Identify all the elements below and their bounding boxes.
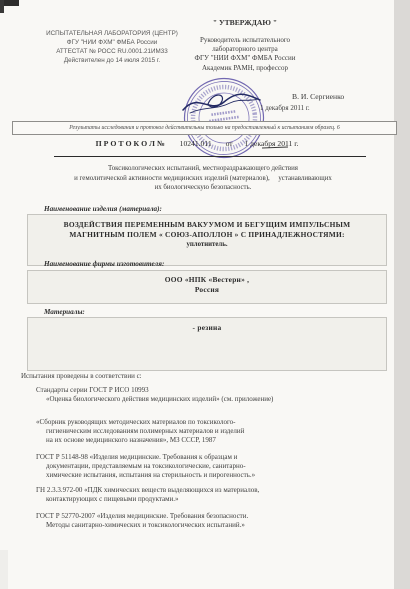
approver-role: Руководитель испытательного xyxy=(160,36,330,45)
product-line: МАГНИТНЫМ ПОЛЕМ « СОЮЗ-АПОЛЛОН » С ПРИНА… xyxy=(28,230,386,240)
approval-heading: " УТВЕРЖДАЮ " xyxy=(160,18,330,27)
product-line: ВОЗДЕЙСТВИЯ ПЕРЕМЕННЫМ ВАКУУМОМ И БЕГУЩИ… xyxy=(28,220,386,230)
product-label: Наименование изделия (материала): xyxy=(44,205,162,213)
approver-org: ФГУ "НИИ ФХМ" ФМБА России xyxy=(160,54,330,63)
signature-ink xyxy=(180,86,266,120)
product-line: уплотнитель. xyxy=(28,240,386,249)
standard-line: химические испытания, испытания на стери… xyxy=(46,471,255,479)
approver-role2: лабораторного центра xyxy=(160,45,330,54)
protocol-from-word: от xyxy=(226,139,233,148)
materials-value: - резина xyxy=(28,323,386,333)
standard-line: Методы санитарно-химических и токсиколог… xyxy=(46,521,245,529)
standard-line: контактирующих с пищевыми продуктами.» xyxy=(46,495,179,503)
protocol-number: 10241.011 xyxy=(180,139,212,148)
standard-line: ГОСТ Р 52770-2007 «Изделия медицинские. … xyxy=(36,512,248,520)
approval-block: Руководитель испытательного лабораторног… xyxy=(160,36,330,73)
standard-line: ГН 2.3.3.972-00 «ПДК химических веществ … xyxy=(36,486,259,494)
materials-box: - резина xyxy=(27,317,387,371)
approver-name: В. И. Сергиенко xyxy=(292,92,344,101)
manufacturer-box: ООО «НПК «Вестерн» , Россия xyxy=(27,270,387,304)
standard-line: ГОСТ Р 51148-98 «Изделия медицинские. Тр… xyxy=(36,453,237,461)
scan-margin xyxy=(394,0,410,589)
protocol-title-row: П Р О Т О К О Л № 10241.011 от 1 декабря… xyxy=(0,139,394,148)
disclaimer-strip: Результаты исследования и протокол дейст… xyxy=(12,121,397,135)
protocol-title: П Р О Т О К О Л № xyxy=(96,139,165,148)
product-name-box: ВОЗДЕЙСТВИЯ ПЕРЕМЕННЫМ ВАКУУМОМ И БЕГУЩИ… xyxy=(27,214,387,266)
materials-label: Материалы: xyxy=(44,308,85,316)
purpose-line: их биологическую безопасность. xyxy=(0,184,406,191)
scan-smudge xyxy=(0,550,8,589)
standard-line: «Сборник руководящих методических матери… xyxy=(36,418,236,426)
manufacturer-label: Наименование фирмы изготовителя: xyxy=(44,260,164,268)
protocol-underline xyxy=(54,156,366,157)
standard-line: на их основе медицинского назначения», М… xyxy=(46,436,216,444)
standard-line: Стандарты серии ГОСТ Р ИСО 10993 xyxy=(36,386,149,394)
ink-dash-artifact xyxy=(262,147,288,149)
purpose-line: и гемолитической активности медицинских … xyxy=(0,175,406,182)
scan-corner-artifact xyxy=(0,0,4,13)
purpose-line: Токсикологических испытаний, местнораздр… xyxy=(0,165,406,172)
standard-line: «Оценка биологического действия медицинс… xyxy=(46,395,273,403)
manufacturer-name: ООО «НПК «Вестерн» , xyxy=(28,275,386,285)
tests-intro: Испытания проведены в соответствии с: xyxy=(21,372,142,380)
standard-line: гигиеническим исследованиям полимерных м… xyxy=(46,427,244,435)
standard-line: документации, представляемым на токсикол… xyxy=(46,462,246,470)
scanned-protocol-document: ИСПЫТАТЕЛЬНАЯ ЛАБОРАТОРИЯ (ЦЕНТР) ФГУ "Н… xyxy=(0,0,410,589)
approval-date: 1 декабря 2011 г. xyxy=(260,104,310,112)
manufacturer-country: Россия xyxy=(28,285,386,295)
